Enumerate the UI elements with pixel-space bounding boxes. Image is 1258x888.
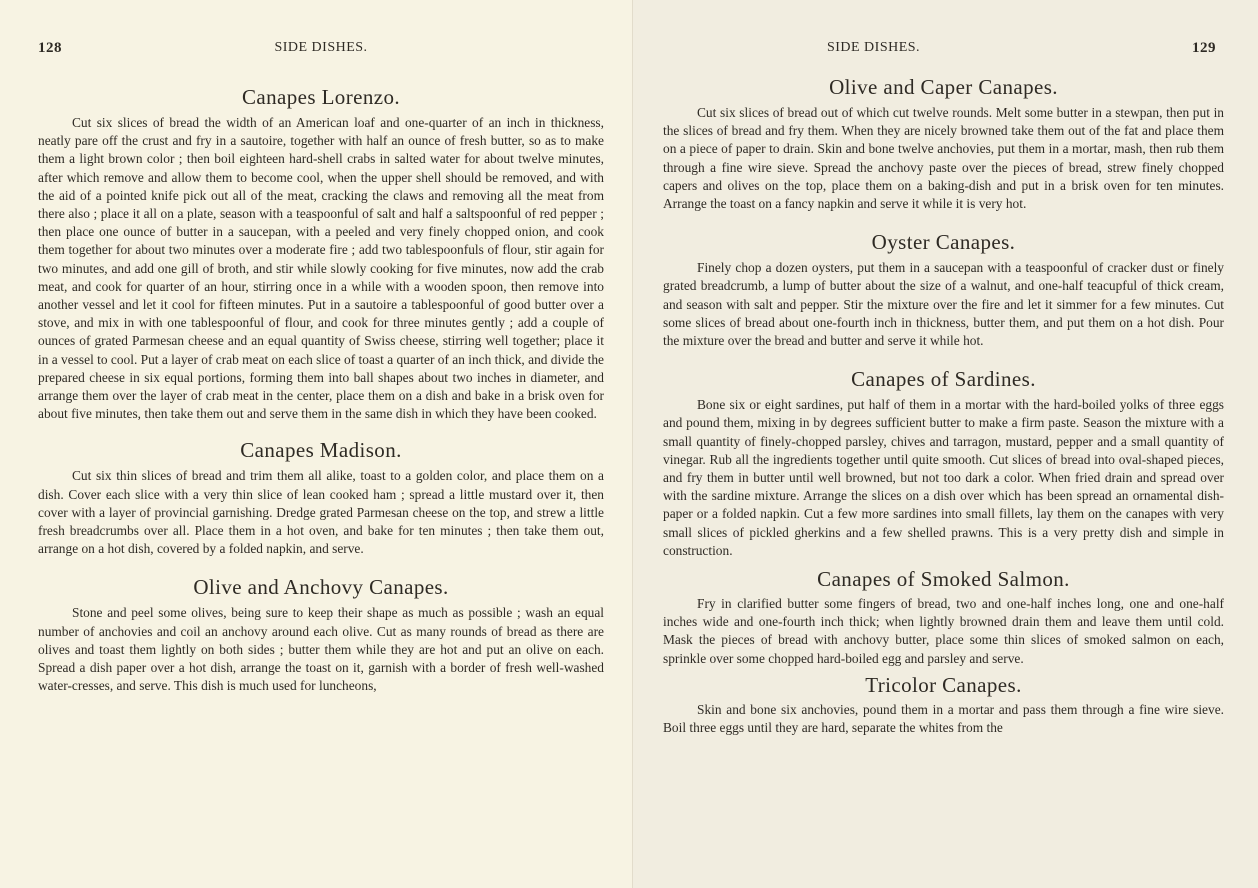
recipe-section: Canapes of Sardines. Bone six or eight s…	[663, 366, 1224, 560]
recipe-title: Canapes Lorenzo.	[38, 84, 604, 110]
recipe-body: Cut six slices of bread out of which cut…	[663, 104, 1224, 213]
recipe-title: Canapes of Sardines.	[663, 366, 1224, 392]
recipe-title: Canapes of Smoked Salmon.	[663, 566, 1224, 592]
running-head-title: SIDE DISHES.	[663, 40, 1084, 56]
recipe-body: Stone and peel some olives, being sure t…	[38, 604, 604, 695]
recipe-body: Cut six thin slices of bread and trim th…	[38, 467, 604, 558]
right-page: SIDE DISHES. 129 Olive and Caper Canapes…	[632, 0, 1258, 888]
recipe-body: Finely chop a dozen oysters, put them in…	[663, 259, 1224, 350]
left-running-head: 128 SIDE DISHES.	[38, 40, 604, 70]
recipe-title: Tricolor Canapes.	[663, 672, 1224, 698]
recipe-title: Oyster Canapes.	[663, 229, 1224, 255]
recipe-body: Cut six slices of bread the width of an …	[38, 114, 604, 423]
right-running-head: SIDE DISHES. 129	[663, 40, 1224, 70]
recipe-section: Tricolor Canapes. Skin and bone six anch…	[663, 672, 1224, 737]
recipe-body: Bone six or eight sardines, put half of …	[663, 396, 1224, 560]
recipe-body: Skin and bone six anchovies, pound them …	[663, 701, 1224, 737]
recipe-title: Olive and Caper Canapes.	[663, 74, 1224, 100]
running-head-title: SIDE DISHES.	[38, 40, 604, 56]
recipe-section: Olive and Caper Canapes. Cut six slices …	[663, 74, 1224, 213]
recipe-section: Canapes Madison. Cut six thin slices of …	[38, 437, 604, 558]
recipe-section: Oyster Canapes. Finely chop a dozen oyst…	[663, 229, 1224, 350]
recipe-section: Olive and Anchovy Canapes. Stone and pee…	[38, 574, 604, 695]
left-page: 128 SIDE DISHES. Canapes Lorenzo. Cut si…	[0, 0, 632, 888]
recipe-title: Canapes Madison.	[38, 437, 604, 463]
book-spread: 128 SIDE DISHES. Canapes Lorenzo. Cut si…	[0, 0, 1258, 888]
page-number: 129	[1192, 40, 1216, 57]
recipe-title: Olive and Anchovy Canapes.	[38, 574, 604, 600]
recipe-section: Canapes Lorenzo. Cut six slices of bread…	[38, 84, 604, 423]
recipe-body: Fry in clarified butter some fingers of …	[663, 595, 1224, 668]
recipe-section: Canapes of Smoked Salmon. Fry in clarifi…	[663, 566, 1224, 668]
